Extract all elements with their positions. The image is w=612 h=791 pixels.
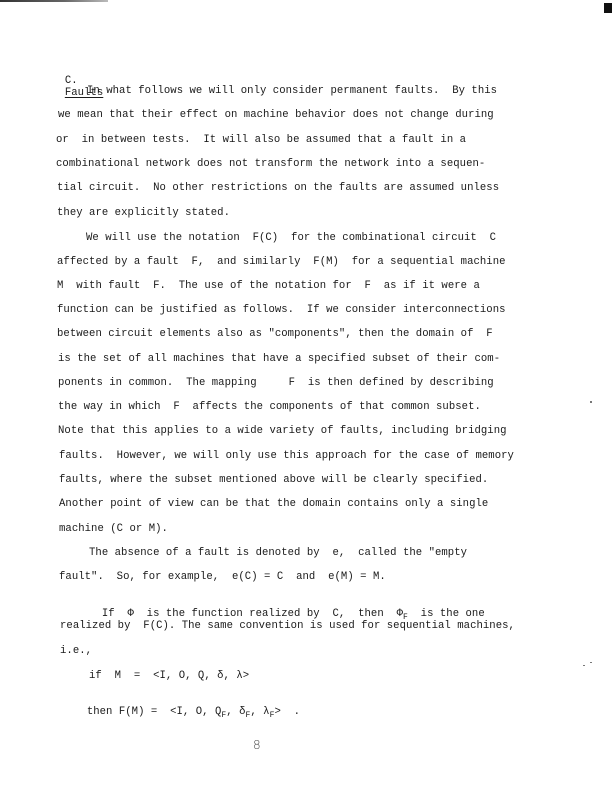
paragraph-2-line-10: faults. However, we will only use this a… [59,450,514,462]
paragraph-2-line-8: the way in which F affects the component… [58,401,481,413]
formula-delta: , δ [226,706,245,718]
paragraph-2-line-6: is the set of all machines that have a s… [58,353,500,365]
paragraph-2-line-5: between circuit elements also as "compon… [57,328,493,340]
paragraph-2-line-13: machine (C or M). [59,523,168,535]
formula-if: if M = <I, O, Q, δ, λ> [89,670,249,682]
paragraph-1-line-5: tial circuit. No other restrictions on t… [57,182,499,194]
paragraph-2-line-4: function can be justified as follows. If… [57,304,506,316]
paragraph-2-line-12: Another point of view can be that the do… [59,498,488,510]
paragraph-1-line-3: or in between tests. It will also be ass… [56,134,466,146]
scan-speck [590,401,592,403]
paragraph-4-line-2: realized by F(C). The same convention is… [60,620,515,632]
paragraph-1-line-6: they are explicitly stated. [57,207,230,219]
paragraph-1-line-4: combinational network does not transform… [56,158,485,170]
paragraph-2-line-3: M with fault F. The use of the notation … [57,280,480,292]
paragraph-4-line-3: i.e., [60,645,92,657]
scan-speck [590,662,592,663]
paragraph-2-line-9: Note that this applies to a wide variety… [58,425,507,437]
paragraph-2-line-1: We will use the notation F(C) for the co… [86,232,496,244]
scan-speck [583,665,585,666]
formula-end: > . [274,706,300,718]
paragraph-1-line-1: In what follows we will only consider pe… [87,85,497,97]
formula-then: then F(M) = <I, O, QF, δF, λF> . [74,694,300,718]
paragraph-2-line-2: affected by a fault F, and similarly F(M… [57,256,506,268]
scan-corner-mark [604,3,612,13]
phi-sentence: If Φ is the function realized by C, then… [102,608,403,620]
paragraph-3-line-1: The absence of a fault is denoted by e, … [89,547,467,559]
formula-then-prefix: then F(M) = <I, O, Q [87,706,222,718]
formula-lambda: , λ [250,706,269,718]
paragraph-2-line-11: faults, where the subset mentioned above… [59,474,488,486]
paragraph-4-line-1: If Φ is the function realized by C, then… [89,596,485,620]
page-number: 8 [253,738,261,752]
paragraph-3-line-2: fault". So, for example, e(C) = C and e(… [59,571,386,583]
section-label: C. [65,75,78,87]
paragraph-2-line-7: ponents in common. The mapping F is then… [58,377,494,389]
scan-edge-bar [0,0,108,2]
phi-sentence-end: is the one [421,608,485,620]
paragraph-1-line-2: we mean that their effect on machine beh… [58,109,494,121]
